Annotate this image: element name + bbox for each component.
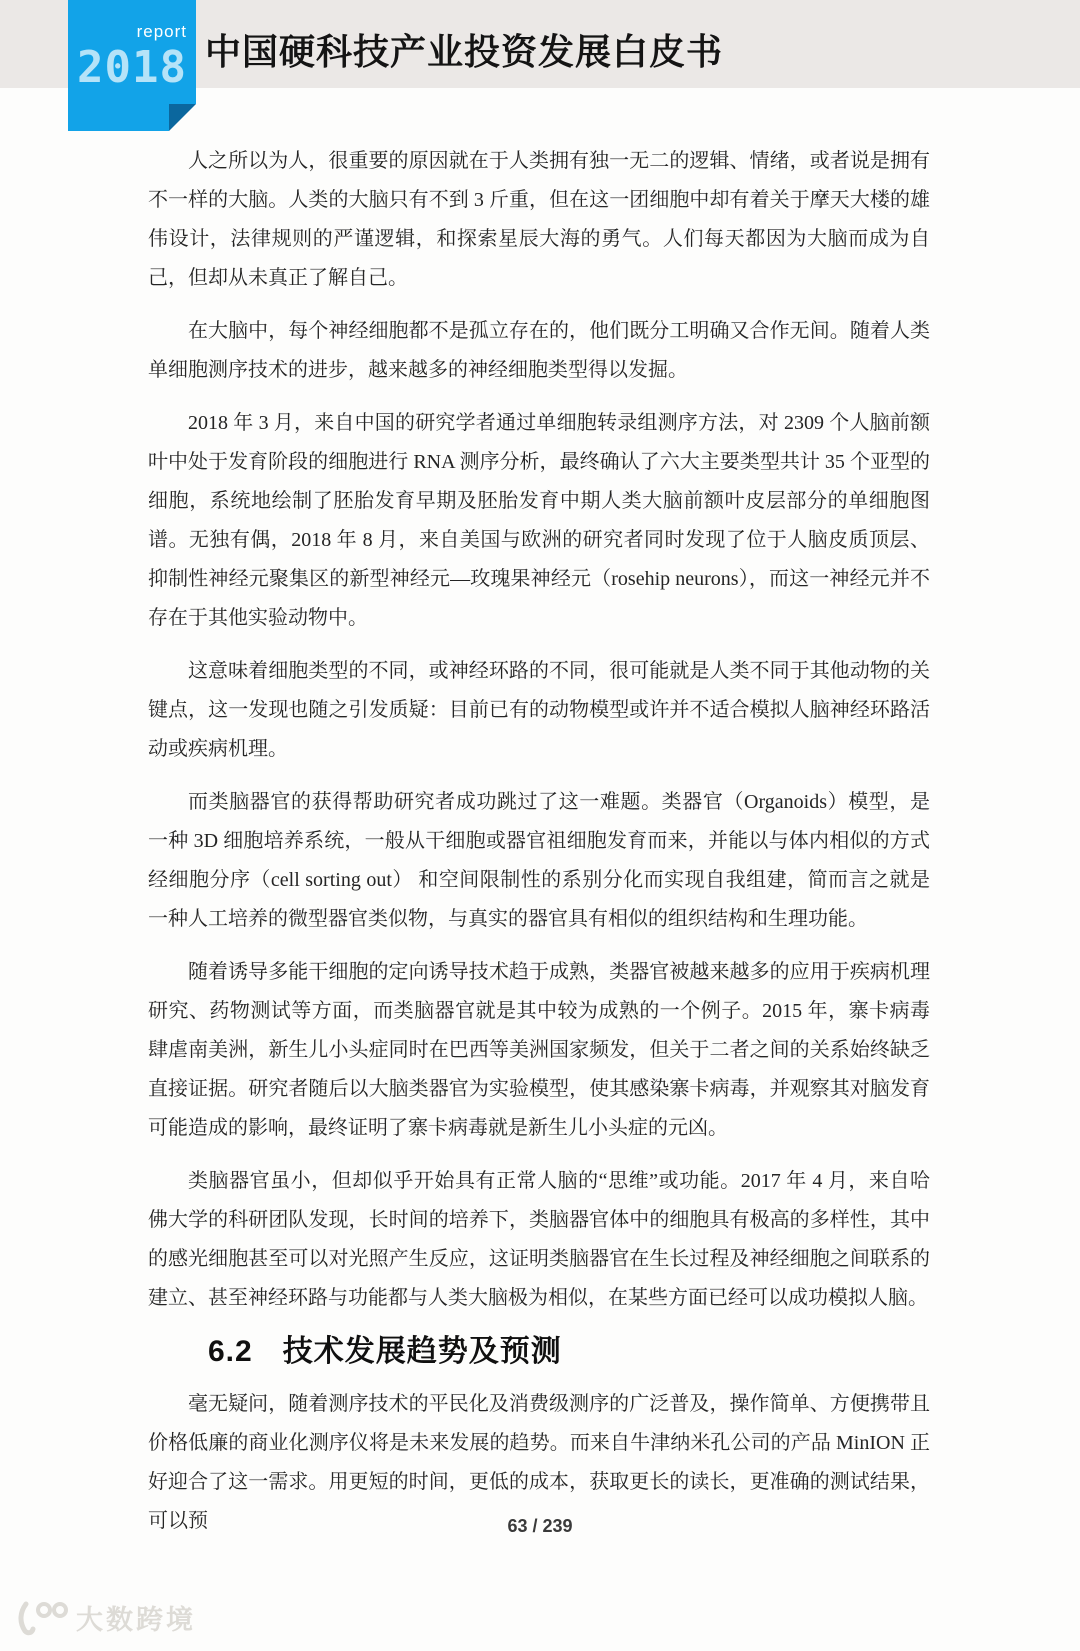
paragraph: 2018 年 3 月，来自中国的研究学者通过单细胞转录组测序方法，对 2309 … xyxy=(148,404,930,638)
page-title: 中国硬科技产业投资发展白皮书 xyxy=(205,24,723,75)
document-body: 人之所以为人，很重要的原因就在于人类拥有独一无二的逻辑、情绪，或者说是拥有不一样… xyxy=(148,142,930,1555)
section-title: 技术发展趋势及预测 xyxy=(283,1335,562,1368)
paragraph: 随着诱导多能干细胞的定向诱导技术趋于成熟，类器官被越来越多的应用于疾病机理研究、… xyxy=(148,953,930,1148)
dashukuajing-logo-icon xyxy=(16,1600,68,1636)
paragraph: 人之所以为人，很重要的原因就在于人类拥有独一无二的逻辑、情绪，或者说是拥有不一样… xyxy=(148,142,930,298)
paragraph: 这意味着细胞类型的不同，或神经环路的不同，很可能就是人类不同于其他动物的关键点，… xyxy=(148,652,930,769)
section-heading: 6.2技术发展趋势及预测 xyxy=(148,1332,930,1371)
ribbon-report-label: report xyxy=(137,22,187,42)
page-number: 63 / 239 xyxy=(0,1516,1080,1537)
watermark: 大数跨境 xyxy=(16,1598,196,1637)
year-ribbon: report 2018 xyxy=(68,0,196,131)
ribbon-folded-corner xyxy=(169,104,196,131)
section-number: 6.2 xyxy=(208,1335,253,1368)
ribbon-year-label: 2018 xyxy=(71,42,193,93)
paragraph: 而类脑器官的获得帮助研究者成功跳过了这一难题。类器官（Organoids）模型，… xyxy=(148,783,930,939)
paragraph: 在大脑中，每个神经细胞都不是孤立存在的，他们既分工明确又合作无间。随着人类单细胞… xyxy=(148,312,930,390)
paragraph: 类脑器官虽小，但却似乎开始具有正常人脑的“思维”或功能。2017 年 4 月，来… xyxy=(148,1162,930,1318)
watermark-text: 大数跨境 xyxy=(76,1598,196,1637)
